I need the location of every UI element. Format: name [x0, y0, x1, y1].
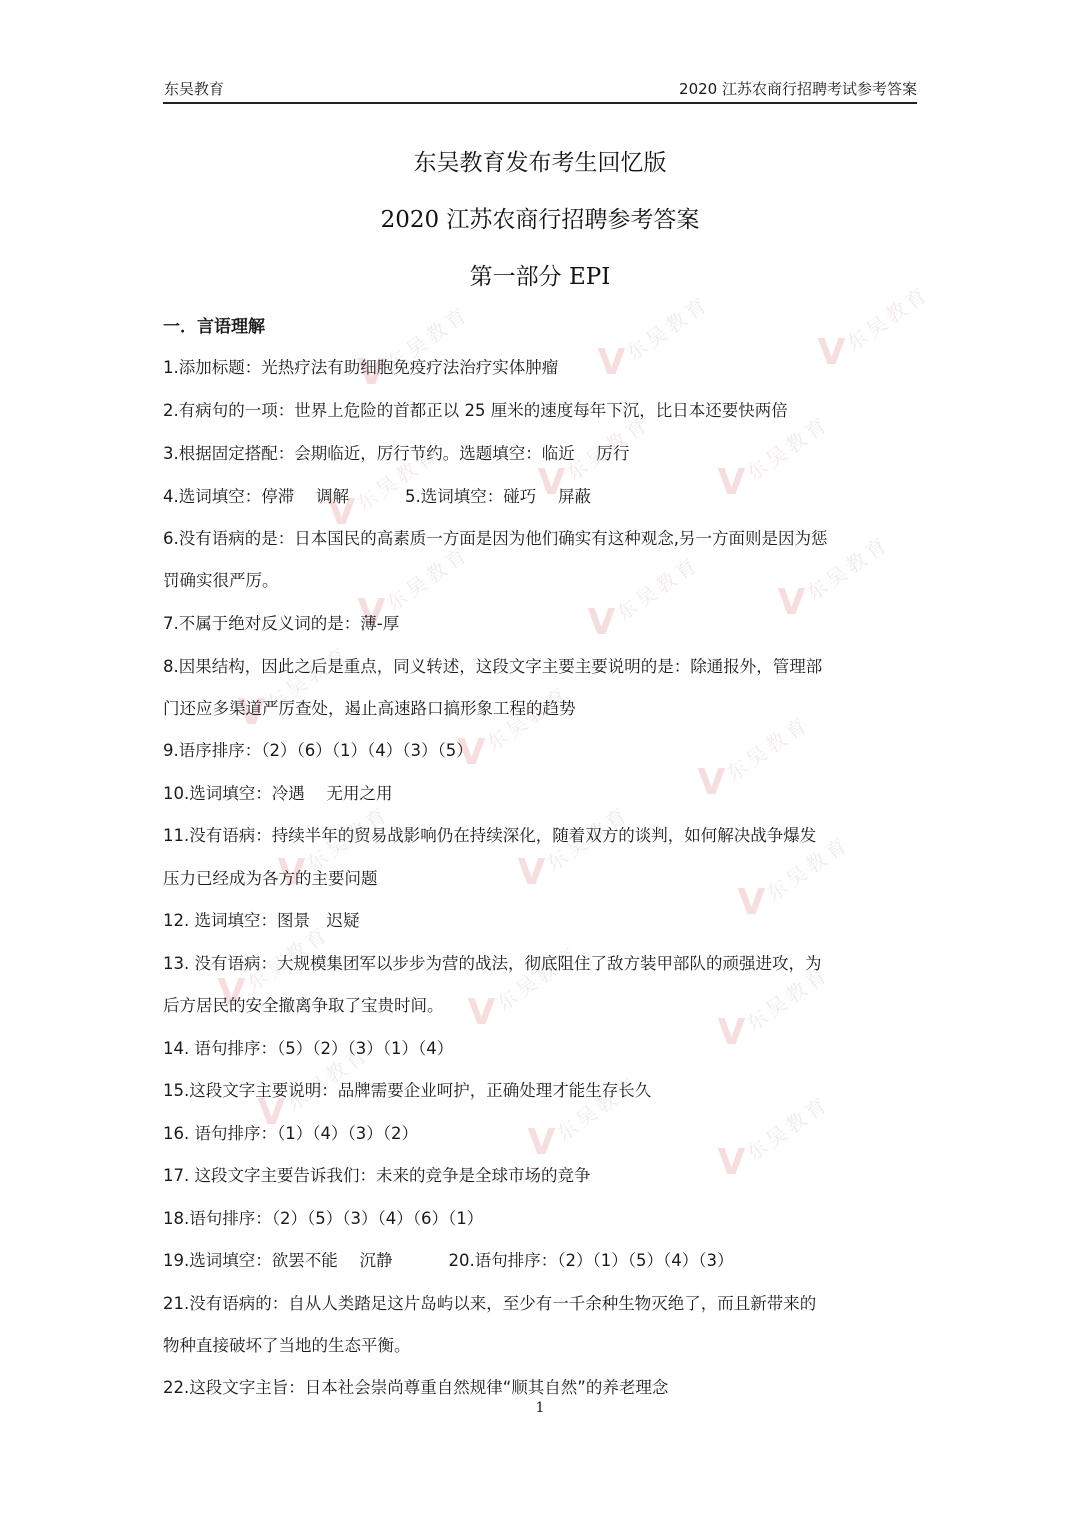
answer-line: 8.因果结构，因此之后是重点，同义转述，这段文字主要主要说明的是：除通报外，管理… [163, 653, 923, 677]
watermark: V东吴教育 [228, 630, 356, 737]
answer-line: 1.添加标题：光热疗法有助细胞免疫疗法治疗实体肿瘤 [163, 354, 923, 378]
watermark: V东吴教育 [448, 670, 576, 777]
answer-line: 4.选词填空：停滞 调解5.选词填空：碰巧 屏蔽 [163, 483, 923, 507]
page-number: 1 [0, 1400, 1080, 1416]
answer-line: 19.选词填空：欲罢不能 沉静20.语句排序：（2）（1）（5）（4）（3） [163, 1247, 923, 1271]
answer-line: 13. 没有语病：大规模集团军以步步为营的战法，彻底阻住了敌方装甲部队的顽强进攻… [163, 950, 923, 974]
answer-line: 7.不属于绝对反义词的是：薄-厚 [163, 610, 923, 634]
answer-line: 18.语句排序：（2）（5）（3）（4）（6）（1） [163, 1205, 923, 1229]
answer-line: 17. 这段文字主要告诉我们：未来的竞争是全球市场的竞争 [163, 1162, 923, 1186]
answer-line: 3.根据固定搭配：会期临近，厉行节约。选题填空：临近 厉行 [163, 440, 923, 464]
document-page: V东吴教育 V东吴教育 V东吴教育 V东吴教育 V东吴教育 V东吴教育 V东吴教… [0, 0, 1080, 1528]
answer-line: 2.有病句的一项：世界上危险的首都正以 25 厘米的速度每年下沉，比日本还要快两… [163, 397, 923, 421]
document-title: 东吴教育发布考生回忆版 [0, 144, 1080, 177]
page-header: 东吴教育 2020 江苏农商行招聘考试参考答案 [163, 76, 917, 104]
watermark: V东吴教育 [348, 290, 476, 397]
answer-line: 压力已经成为各方的主要问题 [163, 865, 923, 889]
answer-line: 15.这段文字主要说明：品牌需要企业呵护，正确处理才能生存长久 [163, 1077, 923, 1101]
answer-line: 21.没有语病的：自从人类踏足这片岛屿以来，至少有一千余种生物灭绝了，而且新带来… [163, 1290, 923, 1314]
watermark: V东吴教育 [458, 930, 586, 1037]
answer-line: 22.这段文字主旨：日本社会崇尚尊重自然规律“顺其自然”的养老理念 [163, 1374, 923, 1398]
part-title: 第一部分 EPI [0, 258, 1080, 291]
header-right-text: 2020 江苏农商行招聘考试参考答案 [679, 78, 917, 99]
answer-line: 10.选词填空：冷遇 无用之用 [163, 780, 923, 804]
answer-line: 9.语序排序：（2）（6）（1）（4）（3）（5） [163, 737, 923, 761]
answer-line: 16. 语句排序：（1）（4）（3）（2） [163, 1120, 923, 1144]
answer-line: 12. 选词填空：图景 迟疑 [163, 907, 923, 931]
answer-line: 11.没有语病：持续半年的贸易战影响仍在持续深化，随着双方的谈判，如何解决战争爆… [163, 822, 923, 846]
answer-line: 门还应多渠道严厉查处，遏止高速路口搞形象工程的趋势 [163, 695, 923, 719]
header-left-text: 东吴教育 [164, 78, 224, 99]
answer-line: 后方居民的安全撤离争取了宝贵时间。 [163, 992, 923, 1016]
document-subtitle: 2020 江苏农商行招聘参考答案 [0, 201, 1080, 234]
answer-line: 6.没有语病的是：日本国民的高素质一方面是因为他们确实有这种观念,另一方面则是因… [163, 525, 923, 549]
answer-line: 罚确实很严厉。 [163, 567, 923, 591]
answer-line: 物种直接破坏了当地的生态平衡。 [163, 1332, 923, 1356]
answer-line: 14. 语句排序：（5）（2）（3）（1）（4） [163, 1035, 923, 1059]
section-heading: 一．言语理解 [163, 312, 265, 337]
